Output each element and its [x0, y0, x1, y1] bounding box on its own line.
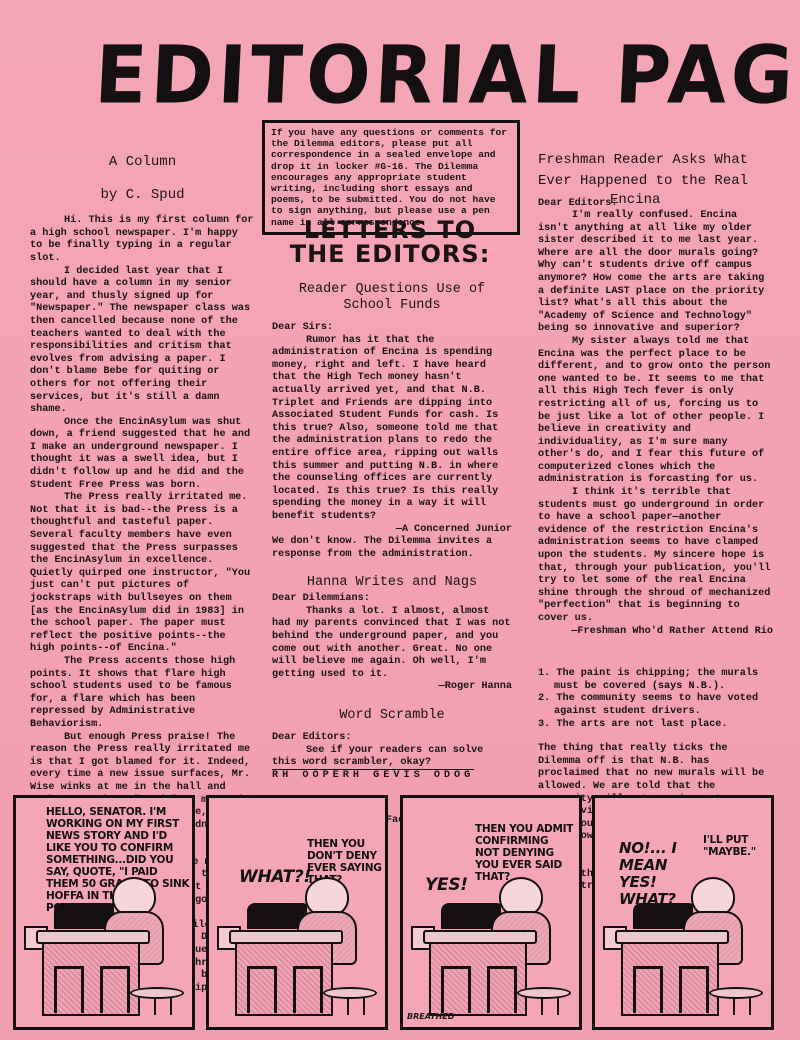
- comic-panel: Hello, Senator. I'm working on my first …: [13, 795, 195, 1030]
- letter-signature: —A Concerned Junior: [272, 524, 512, 537]
- response-item: 3. The arts are not last place.: [538, 719, 773, 732]
- freshman-letter: Freshman Reader Asks What Ever Happened …: [538, 150, 773, 894]
- speech-balloon: Then you admit confirming not denying yo…: [475, 823, 575, 883]
- speech-balloon: I'll put "maybe.": [703, 834, 763, 858]
- column-paragraph: The Press really irritated me. Not that …: [30, 492, 255, 656]
- comic-panel: WHAT?! Then you don't deny ever saying t…: [206, 795, 388, 1030]
- stool-drawing: [130, 987, 180, 1015]
- stool-drawing: [517, 987, 567, 1015]
- letter-title: Freshman Reader Asks What: [538, 150, 773, 171]
- letter-title: Reader Questions Use of School Funds: [272, 282, 512, 314]
- response-item: 1. The paint is chipping; the murals mus…: [538, 668, 773, 693]
- letter-salutation: Dear Editors:: [272, 732, 512, 745]
- editor-reply: We don't know. The Dilemma invites a res…: [272, 536, 512, 561]
- letters-heading: LETTERS TO THE EDITORS:: [280, 218, 500, 266]
- letter-salutation: Dear Editors:: [538, 198, 617, 211]
- letter-body: See if your readers can solve this word …: [272, 745, 512, 770]
- letter-salutation: Dear Dilemmians:: [272, 593, 512, 606]
- newspaper-page: EDITORIAL PAGE A Column by C. Spud Hi. T…: [0, 0, 800, 1040]
- artist-signature: BREATHED: [407, 1012, 454, 1021]
- column-title: A Column: [30, 156, 255, 169]
- letter-signature: —Roger Hanna: [272, 681, 512, 694]
- editor-response-list: 1. The paint is chipping; the murals mus…: [538, 668, 773, 731]
- letter-body: Rumor has it that the administration of …: [272, 335, 512, 524]
- letter-body: My sister always told me that Encina was…: [538, 336, 773, 487]
- letter-salutation: Dear Sirs:: [272, 322, 512, 335]
- letter-signature: —Freshman Who'd Rather Attend Rio: [538, 626, 773, 639]
- shout-text: NO!... I MEAN YES! WHAT?: [619, 840, 689, 908]
- column-paragraph: The Press accents those high points. It …: [30, 656, 255, 732]
- letter-body: Thanks a lot. I almost, almost had my pa…: [272, 606, 512, 682]
- shout-text: YES!: [425, 876, 468, 894]
- letter-body: I think it's terrible that students must…: [538, 487, 773, 626]
- letter-title: Word Scramble: [272, 708, 512, 724]
- word-scramble-line: RH OOPERH GEVIS ODOG: [272, 770, 512, 783]
- comic-panel: NO!... I MEAN YES! WHAT? I'll put "maybe…: [592, 795, 774, 1030]
- column-paragraph: Once the EncinAsylum was shut down, a fr…: [30, 417, 255, 493]
- masthead-title: EDITORIAL PAGE: [93, 28, 718, 123]
- response-item: 2. The community seems to have voted aga…: [538, 693, 773, 718]
- comic-panel: YES! Then you admit confirming not denyi…: [400, 795, 582, 1030]
- letters-column: Reader Questions Use of School Funds Dea…: [272, 282, 512, 828]
- stool-drawing: [323, 987, 373, 1015]
- letter-title: Encina: [610, 190, 660, 211]
- letter-title: Ever Happened to the Real: [538, 171, 773, 192]
- column-paragraph: Hi. This is my first column for a high s…: [30, 215, 255, 265]
- column-paragraph: I decided last year that I should have a…: [30, 266, 255, 417]
- stool-drawing: [709, 987, 759, 1015]
- letter-title: Hanna Writes and Nags: [272, 575, 512, 591]
- comic-strip: Hello, Senator. I'm working on my first …: [0, 795, 800, 1040]
- letter-body: I'm really confused. Encina isn't anythi…: [538, 210, 773, 336]
- column-byline: by C. Spud: [30, 189, 255, 202]
